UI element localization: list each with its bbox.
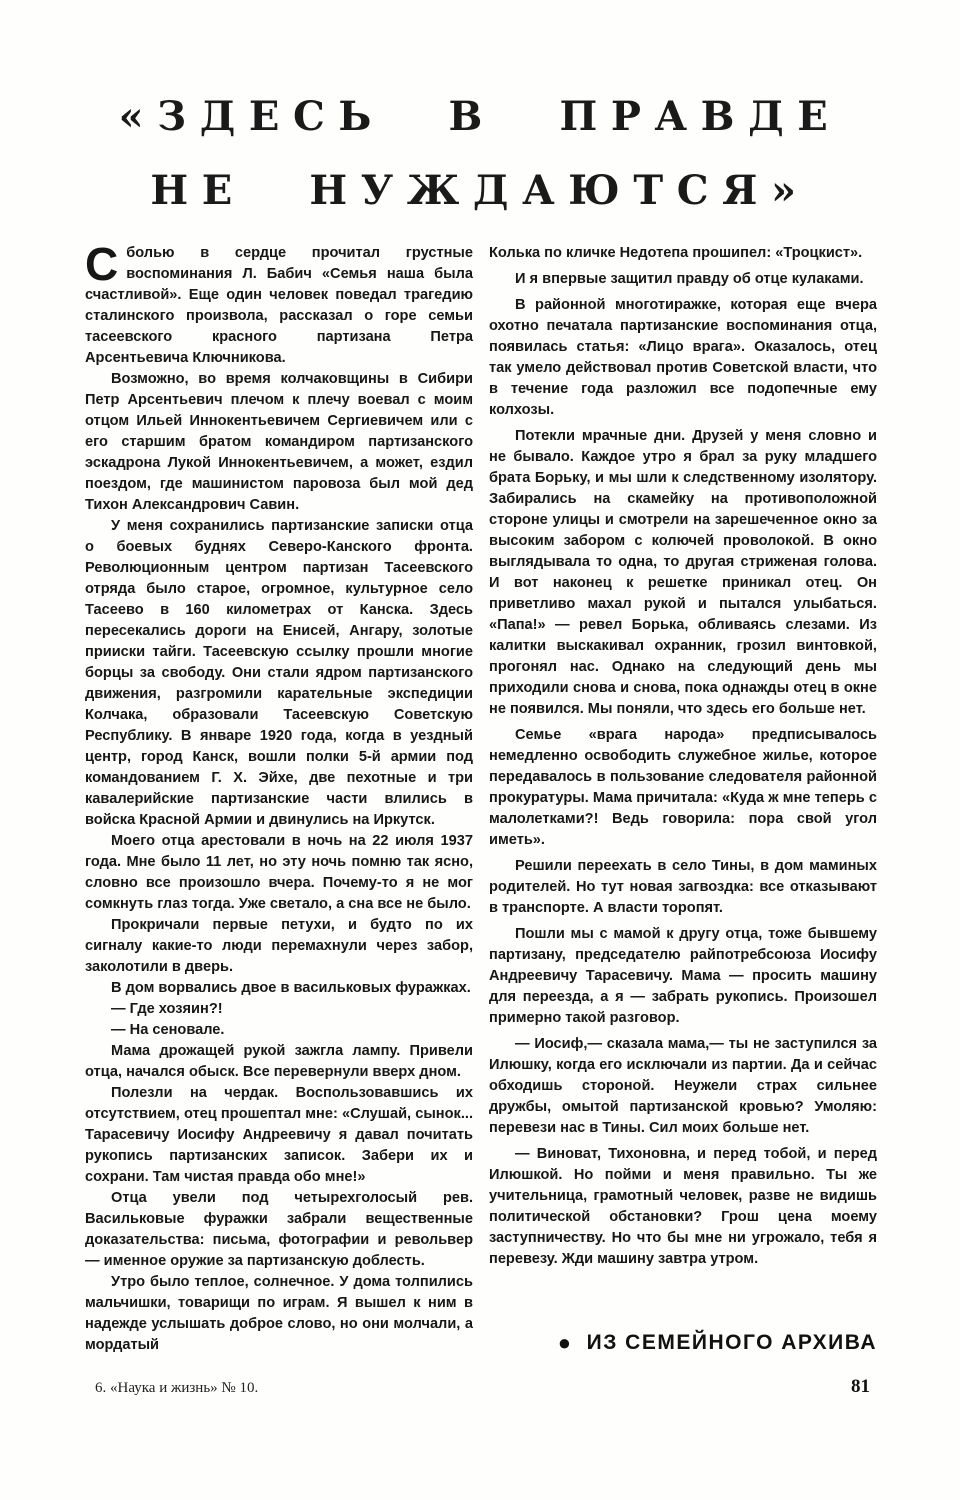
paragraph: Возможно, во время колчаковщины в Сибири… bbox=[85, 369, 473, 516]
magazine-page: «ЗДЕСЬ В ПРАВДЕ НЕ НУЖДАЮТСЯ» Сболью в с… bbox=[0, 0, 960, 1500]
paragraph: Моего отца арестовали в ночь на 22 июля … bbox=[85, 831, 473, 915]
rubric-label: ●ИЗ СЕМЕЙНОГО АРХИВА bbox=[489, 1330, 877, 1356]
paragraph: Решили переехать в село Тины, в дом мами… bbox=[489, 856, 877, 919]
left-column: Сболью в сердце прочитал грустные воспом… bbox=[85, 243, 473, 1356]
article-title-line-2: НЕ НУЖДАЮТСЯ» bbox=[0, 154, 960, 228]
paragraph: Потекли мрачные дни. Друзей у меня словн… bbox=[489, 426, 877, 720]
paragraph: У меня сохранились партизанские записки … bbox=[85, 516, 473, 831]
paragraph: Мама дрожащей рукой зажгла лампу. Привел… bbox=[85, 1041, 473, 1083]
paragraph: Прокричали первые петухи, и будто по их … bbox=[85, 915, 473, 978]
article-columns: Сболью в сердце прочитал грустные воспом… bbox=[85, 243, 877, 1356]
paragraph: — Где хозяин?! bbox=[85, 999, 473, 1020]
page-number: 81 bbox=[851, 1376, 870, 1398]
paragraph: Отца увели под четырехголосый рев. Васил… bbox=[85, 1188, 473, 1272]
paragraph: Сболью в сердце прочитал грустные воспом… bbox=[85, 243, 473, 369]
paragraph: — Иосиф,— сказала мама,— ты не заступилс… bbox=[489, 1034, 877, 1139]
paragraph: И я впервые защитил правду об отце кулак… bbox=[489, 269, 877, 290]
paragraph: В дом ворвались двое в васильковых фураж… bbox=[85, 978, 473, 999]
footer-note: 6. «Наука и жизнь» № 10. bbox=[95, 1380, 258, 1397]
paragraph: В районной многотиражке, которая еще вче… bbox=[489, 295, 877, 421]
page-footer: 6. «Наука и жизнь» № 10. 81 bbox=[95, 1376, 870, 1398]
paragraph: Семье «врага народа» предписывалось неме… bbox=[489, 725, 877, 851]
paragraph: Полезли на чердак. Воспользовавшись их о… bbox=[85, 1083, 473, 1188]
paragraph: Утро было теплое, солнечное. У дома толп… bbox=[85, 1272, 473, 1356]
bullet-icon: ● bbox=[558, 1330, 573, 1356]
rubric-text: ИЗ СЕМЕЙНОГО АРХИВА bbox=[587, 1331, 877, 1354]
paragraph: — На сеновале. bbox=[85, 1020, 473, 1041]
paragraph: Колька по кличке Недотепа прошипел: «Тро… bbox=[489, 243, 877, 264]
article-title: «ЗДЕСЬ В ПРАВДЕ НЕ НУЖДАЮТСЯ» bbox=[0, 80, 960, 228]
article-title-line-1: «ЗДЕСЬ В ПРАВДЕ bbox=[0, 80, 960, 154]
right-column: Колька по кличке Недотепа прошипел: «Тро… bbox=[489, 243, 877, 1356]
paragraph: — Виноват, Тихоновна, и перед тобой, и п… bbox=[489, 1144, 877, 1270]
paragraph: Пошли мы с мамой к другу отца, тоже бывш… bbox=[489, 924, 877, 1029]
drop-cap: С bbox=[85, 246, 118, 283]
